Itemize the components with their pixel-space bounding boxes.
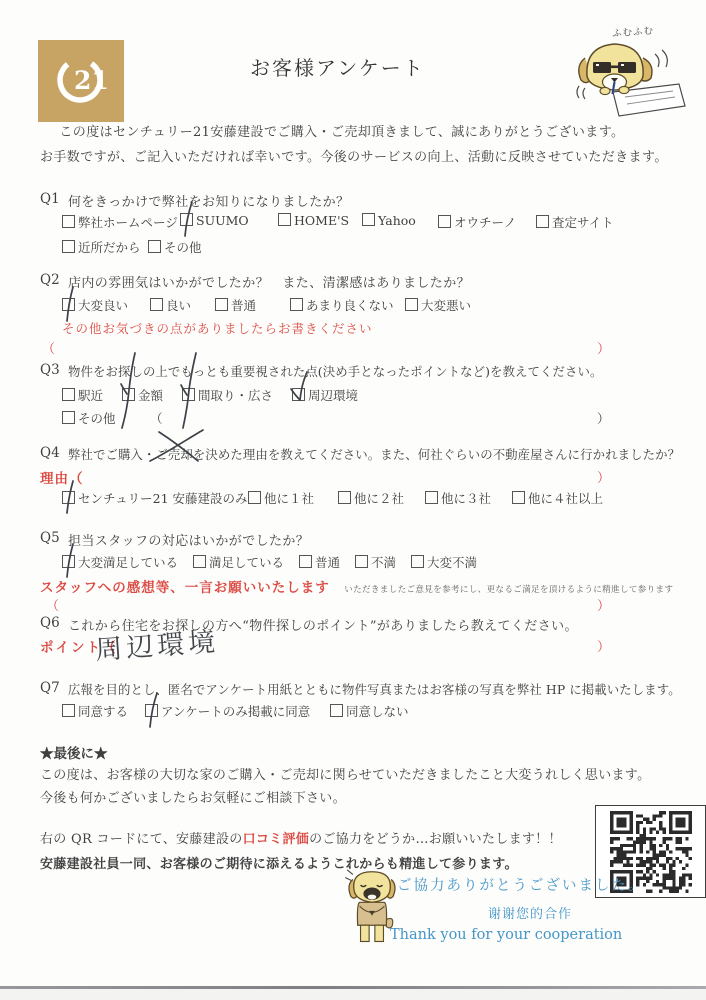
checkbox-option[interactable]: 不満 [355,553,396,571]
checkbox [148,240,161,253]
checkbox-option[interactable]: その他 [148,238,202,256]
checkbox-checked [180,213,193,226]
closing-header: ★最後に★ [40,742,108,762]
checkbox-option[interactable]: 同意しない [330,702,409,720]
checkbox [536,215,549,228]
q3-label: Q3 [40,362,60,378]
pen-check-mark [177,200,197,238]
checkbox-option[interactable]: 査定サイト [536,213,614,231]
scan-edge-margin [0,989,706,1000]
q3-options-row-2: その他 （ ） [0,409,706,429]
checkbox-checked [292,388,305,401]
checkbox-option[interactable]: その他 [62,409,116,427]
checkbox [362,213,375,226]
checkbox [62,704,75,717]
q1-label: Q1 [40,191,60,207]
century21-logo-mark: 21 [38,40,124,122]
checkbox [411,555,424,568]
checkbox [248,491,261,504]
checkbox-checked [182,388,195,401]
checkbox [62,411,75,424]
q5-label: Q5 [40,530,60,546]
q5-comment-prompt: スタッフへの感想等、一言お願いいたします いただきましたご意見を参考にし、更なる… [40,576,673,596]
century21-logo: 21 [38,40,124,122]
checkbox [62,215,75,228]
pen-check-mark [59,478,79,516]
checkbox [425,491,438,504]
checkbox-checked [62,555,75,568]
checkbox-option[interactable]: 良い [150,296,191,314]
checkbox [438,215,451,228]
checkbox-option[interactable]: 大変不満 [411,553,477,571]
checkbox-option[interactable]: 周辺環境 [292,386,358,404]
page-title: お客様アンケート [250,52,425,81]
checkbox-option[interactable]: 普通 [299,553,340,571]
svg-text:21: 21 [74,66,109,95]
closing-line-2: 今後も何かございましたらお気軽にご相談下さい。 [40,787,346,806]
q1-options-row-2: 近所だから その他 [0,238,706,258]
q2-question: 店内の雰囲気はいかがでしたか？ また、清潔感はありましたか？ [68,272,470,291]
checkbox [330,704,343,717]
checkbox-option[interactable]: 他に２社 [338,489,404,507]
checkbox [278,213,291,226]
q7-label: Q7 [40,680,60,696]
checkbox-option[interactable]: 金額 [122,386,163,404]
checkbox [150,298,163,311]
pen-check-mark [59,542,79,580]
checkbox-option[interactable]: 間取り・広さ [182,386,273,404]
q2-free-comment-prompt: その他お気づきの点がありましたらお書きください [62,319,373,337]
checkbox [193,555,206,568]
q4-label: Q4 [40,445,60,461]
checkbox-option[interactable]: オウチーノ [438,213,516,231]
q3-question: 物件をお探しの上でもっとも重要視された点(決め手となったポイントなど)を教えてく… [68,362,602,380]
q2-answer-paren-close: ） [597,338,610,357]
checkbox [62,388,75,401]
q3-answer-paren-open: （ [150,409,163,427]
closing-line-1: この度は、お客様の大切な家のご購入・ご売却に関らせていただきましたこと大変うれし… [40,764,650,783]
checkbox-option[interactable]: 他に４社以上 [512,489,603,507]
q6-label: Q6 [40,615,60,631]
pen-check-mark [59,285,79,323]
checkbox-option[interactable]: 同意する [62,702,128,720]
checkbox-checked [122,388,135,401]
q4-reason-paren-close: ） [597,467,610,486]
checkbox-option[interactable]: 駅近 [62,386,103,404]
checkbox-option[interactable]: 他に１社 [248,489,314,507]
handwritten-answer: 周辺環境 [94,620,220,668]
q2-answer-paren-open: （ [42,338,55,357]
q1-question: 何をきっかけで弊社をお知りになりましたか？ [68,191,349,210]
checkbox [512,491,525,504]
q1-options-row-1: 弊社ホームページ SUUMO HOME'S Yahoo オウチーノ 査定サイト [0,213,706,233]
checkbox [62,240,75,253]
q5-options-row: 大変満足している 満足している 普通 不満 大変不満 [0,553,706,573]
checkbox-option[interactable]: 大変良い [62,296,128,314]
q5-comment-subnote: いただきましたご意見を参考にし、更なるご満足を頂けるように精進して参ります [344,585,673,595]
pen-x-mark [146,428,206,464]
checkbox-checked [62,491,75,504]
q2-options-row: 大変良い 良い 普通 あまり良くない 大変悪い [0,296,706,316]
writing-dog-mascot-icon [575,36,690,118]
q5-question: 担当スタッフの対応はいかがでしたか？ [68,530,309,549]
checkbox-option[interactable]: 近所だから [62,238,141,256]
qr-appeal-line: 右の QR コードにて、安藤建設の口コミ評価のご協力をどうか…お願いいたします！… [40,828,562,847]
intro-line-1: この度はセンチュリー21安藤建設でご購入・ご売却頂きまして、誠にありがとうござい… [46,121,624,140]
checkbox-option[interactable]: 他に３社 [425,489,491,507]
checkbox-option[interactable]: あまり良くない [290,296,394,314]
review-highlight: 口コミ評価 [243,832,310,847]
checkbox-option[interactable]: Yahoo [362,213,416,228]
q3-options-row: 駅近 金額 間取り・広さ 周辺環境 [0,386,706,406]
checkbox-option[interactable]: アンケートのみ掲載に同意 [145,702,310,720]
checkbox [290,298,303,311]
thanks-text-zh: 谢谢您的合作 [488,903,572,922]
checkbox-option[interactable]: 満足している [193,553,284,571]
pen-check-mark [142,691,162,729]
checkbox-option[interactable]: センチュリー21 安藤建設のみ [62,489,248,507]
checkbox [338,491,351,504]
checkbox [405,298,418,311]
checkbox-option[interactable]: 大変悪い [405,296,471,314]
checkbox-option[interactable]: HOME'S [278,213,349,228]
checkbox-checked [62,298,75,311]
q4-options-row: センチュリー21 安藤建設のみ 他に１社 他に２社 他に３社 他に４社以上 [0,489,706,509]
q2-label: Q2 [40,272,60,288]
pen-check-mark [287,370,313,404]
checkbox [215,298,228,311]
crossed-out-text: ご売却 [155,447,192,462]
q3-answer-paren-close: ） [597,409,610,427]
closing-bold-line: 安藤建設社員一同、お客様のご期待に添えるようこれからも精進して参ります。 [40,853,518,872]
thanks-text-ja: ご協力ありがとうございました。 [397,874,645,895]
checkbox-option[interactable]: 弊社ホームページ [62,213,178,231]
thanks-text-en: Thank you for your cooperation [390,927,622,943]
checkbox-option[interactable]: 大変満足している [62,553,178,571]
q5-answer-paren-close: ） [597,595,610,614]
q6-answer-paren-close: ） [597,636,610,655]
checkbox-option[interactable]: SUUMO [180,213,249,228]
checkbox [355,555,368,568]
checkbox-checked [145,704,158,717]
intro-line-2: お手数ですが、ご記入いただければ幸いです。今後のサービスの向上、活動に反映させて… [40,146,668,165]
q4-question: 弊社でご購入・ご売却を決めた理由を教えてください。また、何社ぐらいの不動産屋さん… [68,445,680,463]
survey-scan-page: 21 お客様アンケート ふむふむ この度はセンチュリー21安藤建設でご購入・ご売… [0,0,706,1000]
q7-options-row: 同意する アンケートのみ掲載に同意 同意しない [0,702,706,722]
checkbox-option[interactable]: 普通 [215,296,256,314]
q5-answer-paren-open: （ [46,595,59,614]
checkbox [299,555,312,568]
